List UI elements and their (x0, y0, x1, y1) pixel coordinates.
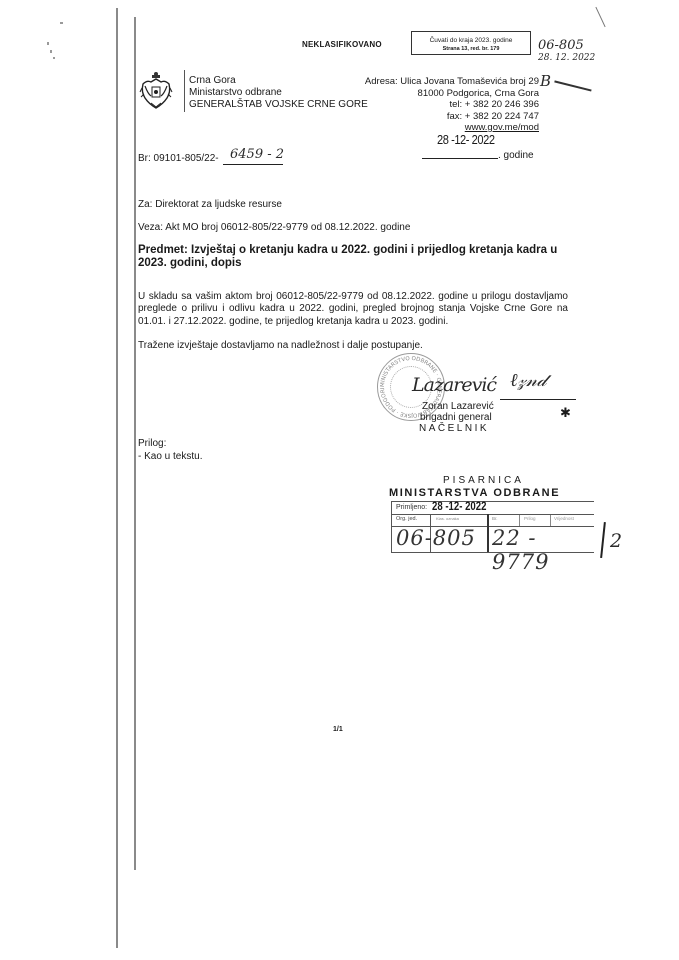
col-divider (519, 515, 520, 526)
col-number: Br. (492, 516, 498, 521)
signatory-title: NAČELNIK (419, 423, 494, 434)
registry-slash (600, 522, 605, 558)
address-street: Adresa: Ulica Jovana Tomaševića broj 29 (339, 76, 539, 88)
col-class-mark: Klas. oznaka (436, 516, 459, 521)
regarding-line: Veza: Akt MO broj 06012-805/22-9779 od 0… (138, 222, 410, 234)
registry-stamp-title: PISARNICA (443, 475, 524, 486)
letterhead-divider (184, 70, 185, 112)
coat-of-arms-icon (139, 70, 173, 110)
registry-suffix: 2 (610, 530, 622, 552)
scan-speck (50, 50, 52, 53)
scan-speck (595, 7, 605, 27)
attachment-item: - Kao u tekstu. (138, 451, 202, 463)
address-city: 81000 Podgorica, Crna Gora (339, 88, 539, 100)
retention-line-2: Strana 13, red. br. 179 (412, 45, 530, 53)
subject-line: Predmet: Izvještaj o kretanju kadra u 20… (138, 244, 558, 270)
recipient-line: Za: Direktorat za ljudske resurse (138, 199, 282, 211)
attachment-label: Prilog: (138, 438, 166, 450)
signature-stroke (500, 399, 576, 400)
registry-stamp-frame: Primljeno: 28 -12- 2022 Org. jed. Klas. … (391, 501, 594, 553)
handwritten-initials: B (540, 72, 551, 90)
page-number: 1/1 (333, 726, 343, 733)
reference-underline (223, 163, 283, 165)
scan-speck (60, 22, 63, 24)
signatory-name: Zoran Lazarević (422, 401, 494, 412)
signatory-rank: brigadni general (420, 412, 494, 423)
handwritten-org-code: 06-805 (538, 38, 584, 53)
received-row: Primljeno: 28 -12- 2022 (392, 502, 594, 515)
address-fax: fax: + 382 20 224 747 (339, 111, 539, 123)
col-org-unit: Org. jed. (396, 516, 417, 522)
handwritten-date: 28. 12. 2022 (538, 53, 595, 63)
col-attachment: Prilog (524, 516, 536, 521)
signature-star-mark: ✱ (560, 405, 571, 421)
retention-line-1: Čuvati do kraja 2023. godine (412, 37, 530, 45)
signature-flourish: ℓ𝓏𝓃𝒹 (510, 370, 546, 391)
received-label: Primljeno: (396, 504, 427, 511)
date-underline (422, 157, 498, 159)
date-suffix: . godine (498, 150, 534, 162)
reference-number-prefix: Br: 09101-805/22- (138, 153, 219, 165)
body-paragraph-2: Tražene izvještaje dostavljamo na nadlež… (138, 340, 423, 352)
body-paragraph-1: U skladu sa vašim aktom broj 06012-805/2… (138, 291, 568, 328)
received-date: 28 -12- 2022 (432, 499, 486, 513)
address-tel: tel: + 382 20 246 396 (339, 99, 539, 111)
classification-label: NEKLASIFIKOVANO (302, 39, 382, 51)
retention-box: Čuvati do kraja 2023. godine Strana 13, … (411, 31, 531, 55)
signatory-block: Zoran Lazarević brigadni general NAČELNI… (422, 401, 494, 434)
registry-number: 22 - 9779 (492, 526, 594, 574)
handwritten-signature: Lazarević (412, 374, 496, 396)
reference-number-handwritten: 6459 - 2 (230, 147, 284, 162)
initials-stroke (554, 80, 591, 91)
scan-edge-line-inner (134, 17, 136, 870)
scan-speck (47, 42, 49, 45)
date-stamp: 28 -12- 2022 (437, 132, 495, 147)
registry-stamp-subtitle: MINISTARSTVA ODBRANE (389, 487, 560, 499)
col-divider (550, 515, 551, 526)
registry-org-unit: 06-805 (396, 526, 476, 550)
scan-edge-line-outer (116, 8, 118, 948)
col-value: Vrijednost (554, 516, 574, 521)
scan-speck (53, 57, 55, 59)
address-block: Adresa: Ulica Jovana Tomaševića broj 29 … (339, 76, 539, 134)
col-divider (487, 514, 489, 553)
